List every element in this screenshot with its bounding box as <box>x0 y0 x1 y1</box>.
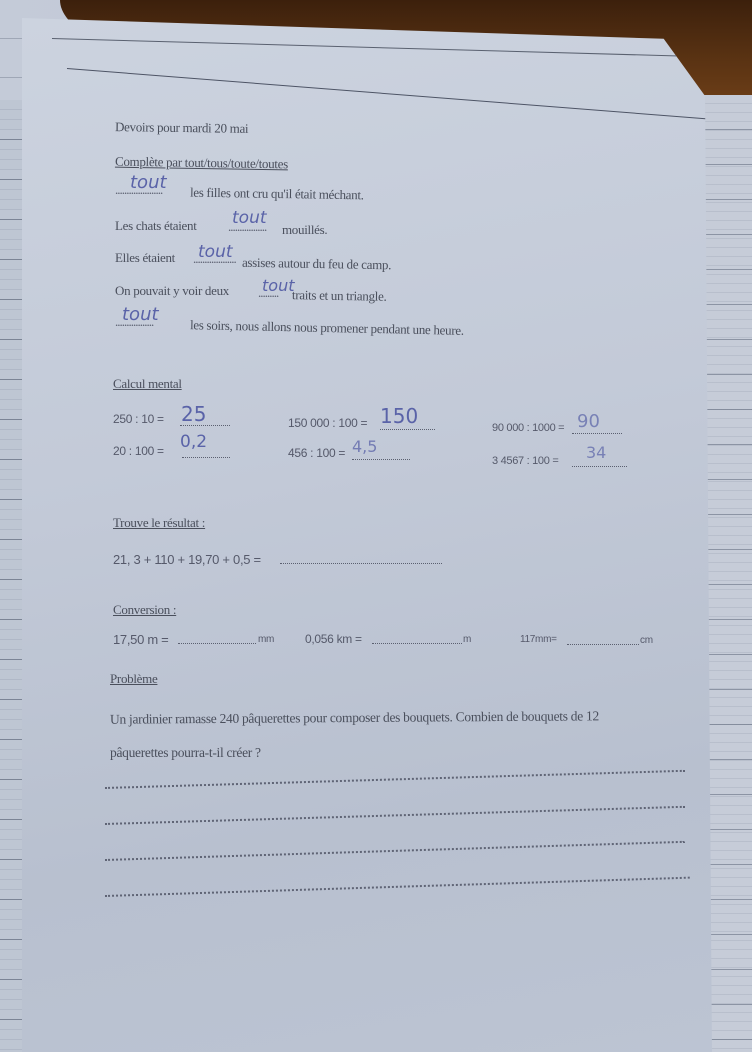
math-expression: 3 4567 : 100 = <box>492 455 558 467</box>
answer-writing-line[interactable] <box>105 839 685 861</box>
handwritten-answer: 90 <box>577 411 600 432</box>
section-heading-completion: Complète par tout/tous/toute/toutes <box>115 154 288 173</box>
section-heading-problem: Problème <box>110 671 157 687</box>
section-heading-mental-math: Calcul mental <box>113 376 182 392</box>
sentence-suffix: assises autour du feu de camp. <box>242 255 391 274</box>
sentence-prefix: Elles étaient <box>115 250 175 266</box>
problem-text-line-2: pâquerettes pourra-t-il créer ? <box>110 745 261 761</box>
unit-label: m <box>463 634 471 645</box>
math-expression: 90 000 : 1000 = <box>492 422 564 434</box>
conversion-expression: 17,50 m = <box>113 632 168 647</box>
answer-blank[interactable] <box>372 641 462 644</box>
addition-expression: 21, 3 + 110 + 19,70 + 0,5 = <box>113 552 261 567</box>
handwritten-answer: 25 <box>181 402 206 426</box>
worksheet-content: Devoirs pour mardi 20 mai Complète par t… <box>0 0 752 1052</box>
handwritten-answer: tout <box>262 276 294 295</box>
problem-text-line-1: Un jardinier ramasse 240 pâquerettes pou… <box>110 708 599 727</box>
answer-blank[interactable] <box>280 561 442 564</box>
unit-label: cm <box>640 635 653 646</box>
math-expression: 250 : 10 = <box>113 412 164 426</box>
handwritten-answer: 0,2 <box>180 432 207 452</box>
handwritten-answer: 4,5 <box>352 437 377 456</box>
handwritten-answer: tout <box>122 304 159 325</box>
answer-blank[interactable] <box>567 642 639 645</box>
sentence-text: les soirs, nous allons nous promener pen… <box>190 317 464 339</box>
handwritten-answer: 150 <box>380 404 418 428</box>
sentence-suffix: traits et un triangle. <box>292 287 387 305</box>
page-title: Devoirs pour mardi 20 mai <box>115 119 249 137</box>
conversion-expression: 0,056 km = <box>305 632 362 646</box>
handwritten-answer: tout <box>198 242 233 262</box>
answer-writing-line[interactable] <box>105 768 685 789</box>
sentence-suffix: mouillés. <box>282 222 327 238</box>
math-expression: 456 : 100 = <box>288 446 345 460</box>
math-expression: 150 000 : 100 = <box>288 416 367 430</box>
answer-blank[interactable] <box>178 641 256 644</box>
sentence-prefix: Les chats étaient <box>115 218 197 234</box>
section-heading-conversion: Conversion : <box>113 602 176 618</box>
conversion-expression: 117mm= <box>520 634 557 645</box>
handwritten-answer: tout <box>130 172 167 193</box>
answer-writing-line[interactable] <box>105 804 685 825</box>
sentence-prefix: On pouvait y voir deux <box>115 283 229 299</box>
answer-writing-line[interactable] <box>105 875 690 897</box>
section-heading-find-result: Trouve le résultat : <box>113 515 205 531</box>
handwritten-answer: tout <box>232 208 267 228</box>
math-expression: 20 : 100 = <box>113 444 164 458</box>
sentence-text: les filles ont cru qu'il était méchant. <box>190 185 364 204</box>
handwritten-answer: 34 <box>586 443 606 462</box>
unit-label: mm <box>258 634 274 645</box>
